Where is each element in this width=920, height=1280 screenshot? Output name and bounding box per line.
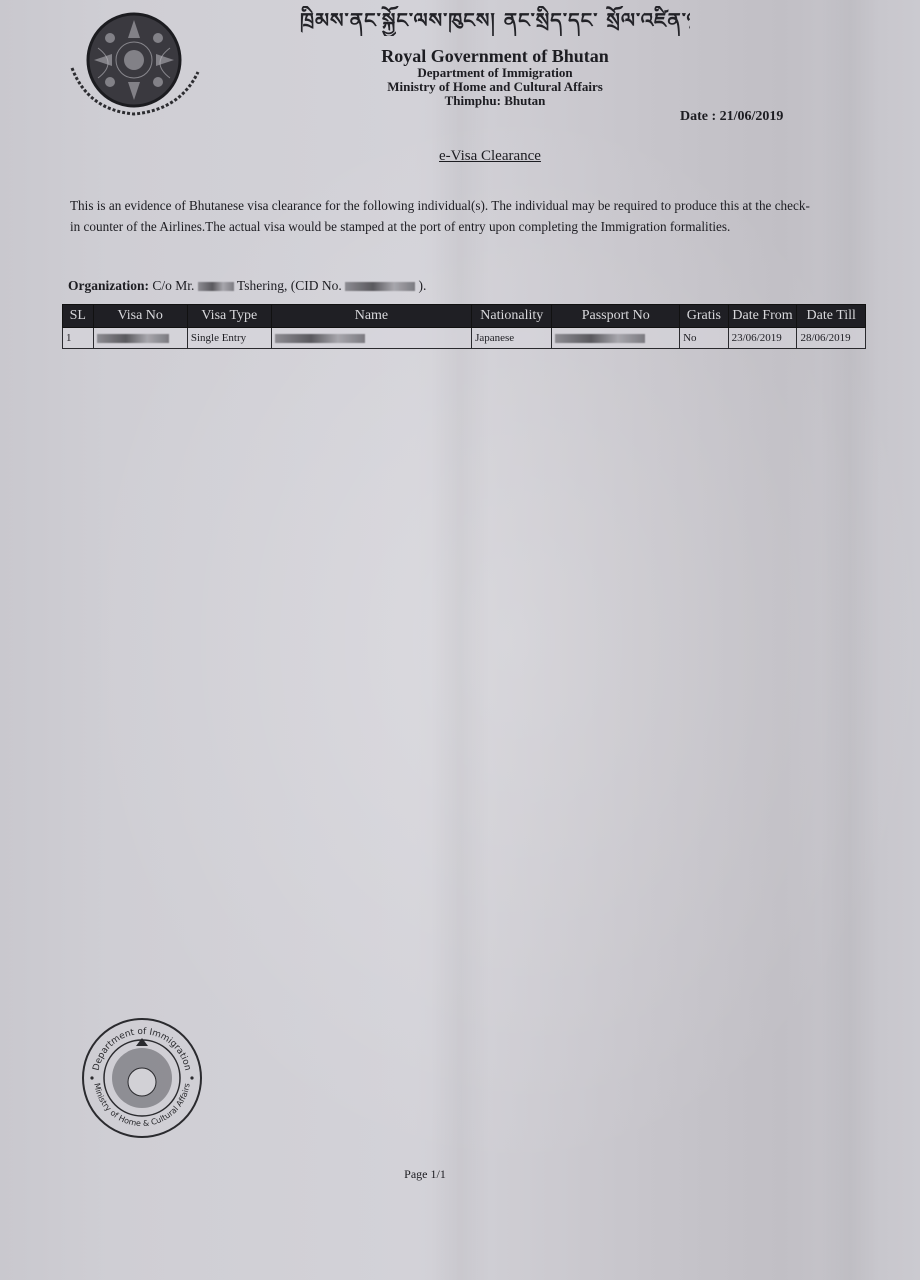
cell-gratis: No — [680, 328, 729, 349]
redacted-name — [198, 282, 234, 291]
cell-sl: 1 — [63, 328, 94, 349]
redacted-cid — [345, 282, 415, 291]
immigration-stamp-icon: Department of Immigration Ministry of Ho… — [80, 1016, 204, 1140]
intro-paragraph: This is an evidence of Bhutanese visa cl… — [70, 195, 810, 237]
cell-date-from: 23/06/2019 — [728, 328, 797, 349]
page-number: Page 1/1 — [0, 1167, 850, 1182]
document-title-row: e-Visa Clearance — [0, 148, 920, 165]
col-date-till: Date Till — [797, 305, 866, 328]
government-name: Royal Government of Bhutan — [300, 46, 690, 66]
visa-table: SL Visa No Visa Type Name Nationality Pa… — [62, 304, 866, 349]
col-sl: SL — [63, 305, 94, 328]
dzongkha-title: ཁྲིམས་ནང་སྐྱོང་ལས་ཁུངས། ནང་སྲིད་དང་ སྲོལ… — [300, 6, 690, 36]
cell-visa-type: Single Entry — [187, 328, 271, 349]
redacted-passport-no — [555, 334, 645, 343]
document-title: e-Visa Clearance — [439, 148, 541, 164]
col-visa-no: Visa No — [93, 305, 187, 328]
col-nationality: Nationality — [472, 305, 552, 328]
department-name: Department of Immigration — [300, 66, 690, 80]
organization-prefix: C/o Mr. — [152, 278, 194, 293]
location: Thimphu: Bhutan — [300, 94, 690, 108]
organization-closing: ). — [418, 278, 426, 293]
organization-label: Organization: — [68, 278, 149, 293]
table-header-row: SL Visa No Visa Type Name Nationality Pa… — [63, 305, 866, 328]
issue-date: Date : 21/06/2019 — [680, 109, 783, 125]
col-name: Name — [271, 305, 471, 328]
col-passport-no: Passport No — [552, 305, 680, 328]
organization-name-suffix: Tshering, (CID No. — [237, 278, 342, 293]
table-row: 1 Single Entry Japanese No 23/06/2019 28… — [63, 328, 866, 349]
paper-fold — [430, 0, 490, 1280]
cell-passport-no — [552, 328, 680, 349]
redacted-visa-no — [97, 334, 169, 343]
col-gratis: Gratis — [680, 305, 729, 328]
organization-line: Organization: C/o Mr. Tshering, (CID No.… — [68, 278, 426, 294]
cell-nationality: Japanese — [472, 328, 552, 349]
col-date-from: Date From — [728, 305, 797, 328]
cell-name — [271, 328, 471, 349]
cell-date-till: 28/06/2019 — [797, 328, 866, 349]
col-visa-type: Visa Type — [187, 305, 271, 328]
paper-fold — [820, 0, 880, 1280]
redacted-name-cell — [275, 334, 365, 343]
letterhead: ཁྲིམས་ནང་སྐྱོང་ལས་ཁུངས། ནང་སྲིད་དང་ སྲོལ… — [300, 6, 690, 108]
cell-visa-no — [93, 328, 187, 349]
ministry-name: Ministry of Home and Cultural Affairs — [300, 80, 690, 94]
royal-emblem-icon — [68, 8, 208, 123]
